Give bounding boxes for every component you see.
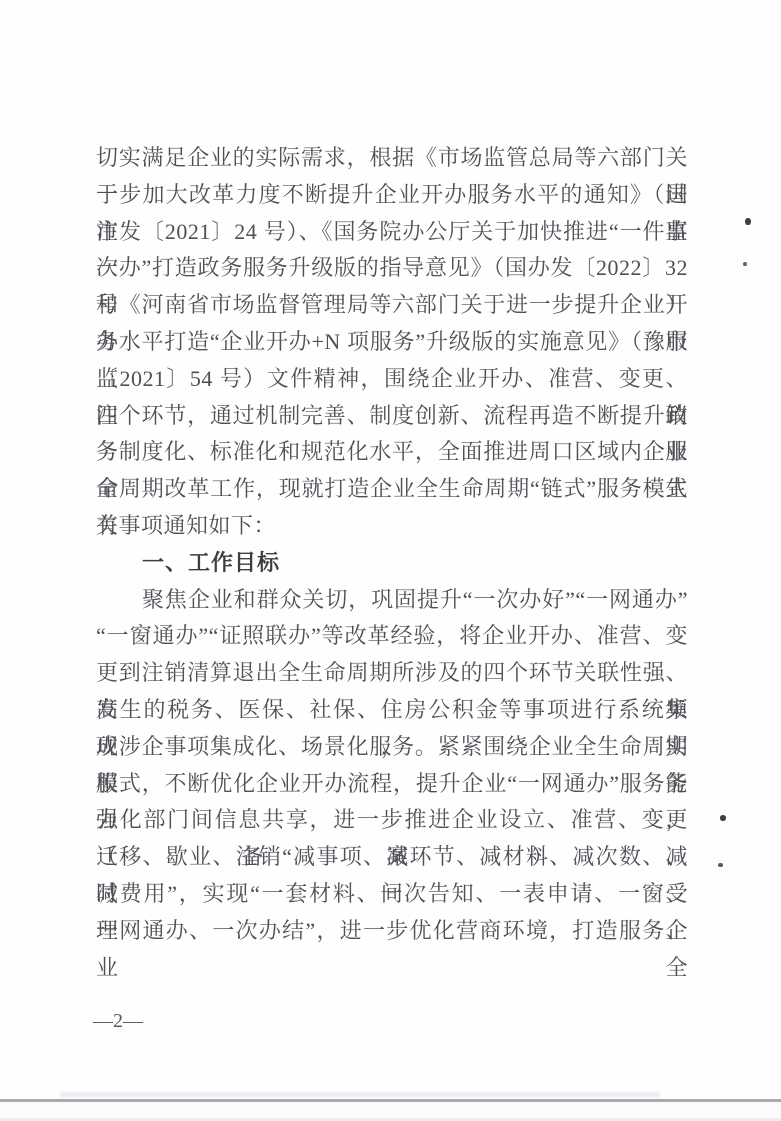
text-line: 模式，不断优化企业开办流程，提升企业“一网通办”服务能力， (96, 766, 688, 803)
document-text-block: 切实满足企业的实际需求，根据《市场监管总局等六部门关于进一步加大改革力度不断提升… (96, 140, 688, 950)
text-line: 注发〔2021〕24 号）、《国务院办公厅关于加快推进“一件事一 (96, 214, 688, 251)
text-line: 切实满足企业的实际需求，根据《市场监管总局等六部门关于进 (96, 140, 688, 177)
text-line: 一步加大改革力度不断提升企业开办服务水平的通知》（国市监 (96, 177, 688, 214)
scan-smudge (60, 1092, 660, 1097)
text-line: 务制度化、标准化和规范化水平，全面推进周口区域内企业全生 (96, 434, 688, 471)
ink-speck (718, 863, 723, 867)
text-line: 一网通办、一次办结”，进一步优化营商环境，打造服务企业全 (96, 913, 688, 950)
text-line: 迁移、歇业、注销“减事项、减环节、减材料、减次数、减时间、 (96, 839, 688, 876)
section-heading: 一、工作目标 (96, 545, 688, 582)
text-line: 现涉企事项集成化、场景化服务。紧紧围绕企业全生命周期服务 (96, 729, 688, 766)
ink-speck (743, 262, 747, 266)
text-line: “一窗通办”“证照联办”等改革经验，将企业开办、准营、变 (96, 618, 688, 655)
text-line: 发生的税务、医保、社保、住房公积金等事项进行系统集成，实 (96, 692, 688, 729)
scanned-document-page: 切实满足企业的实际需求，根据《市场监管总局等六部门关于进一步加大改革力度不断提升… (0, 0, 781, 1121)
text-line: 次办”打造政务服务升级版的指导意见》（国办发〔2022〕32 号） (96, 250, 688, 287)
page-number: —2— (93, 1010, 143, 1033)
text-line: 减费用”，实现“一套材料、一次告知、一表申请、一窗受理、 (96, 876, 688, 913)
text-line: 关事项通知如下： (96, 508, 688, 545)
ink-speck (720, 815, 726, 821)
text-line: 更到注销清算退出全生命周期所涉及的四个环节关联性强、高频 (96, 655, 688, 692)
text-line: 务水平打造“企业开办+N 项服务”升级版的实施意见》（豫市监 (96, 324, 688, 361)
text-line: 聚焦企业和群众关切，巩固提升“一次办好”“一网通办” (96, 582, 688, 619)
text-line: 〔2021〕54 号）文件精神，围绕企业开办、准营、变更、注销 (96, 361, 688, 398)
ink-speck (745, 218, 751, 225)
text-line: 和《河南省市场监督管理局等六部门关于进一步提升企业开办服 (96, 287, 688, 324)
text-line: 强化部门间信息共享，进一步推进企业设立、准营、变更（备案）、 (96, 802, 688, 839)
text-line: 四个环节，通过机制完善、制度创新、流程再造不断提升政务服 (96, 398, 688, 435)
text-line: 命周期改革工作，现就打造企业全生命周期“链式”服务模式有 (96, 471, 688, 508)
